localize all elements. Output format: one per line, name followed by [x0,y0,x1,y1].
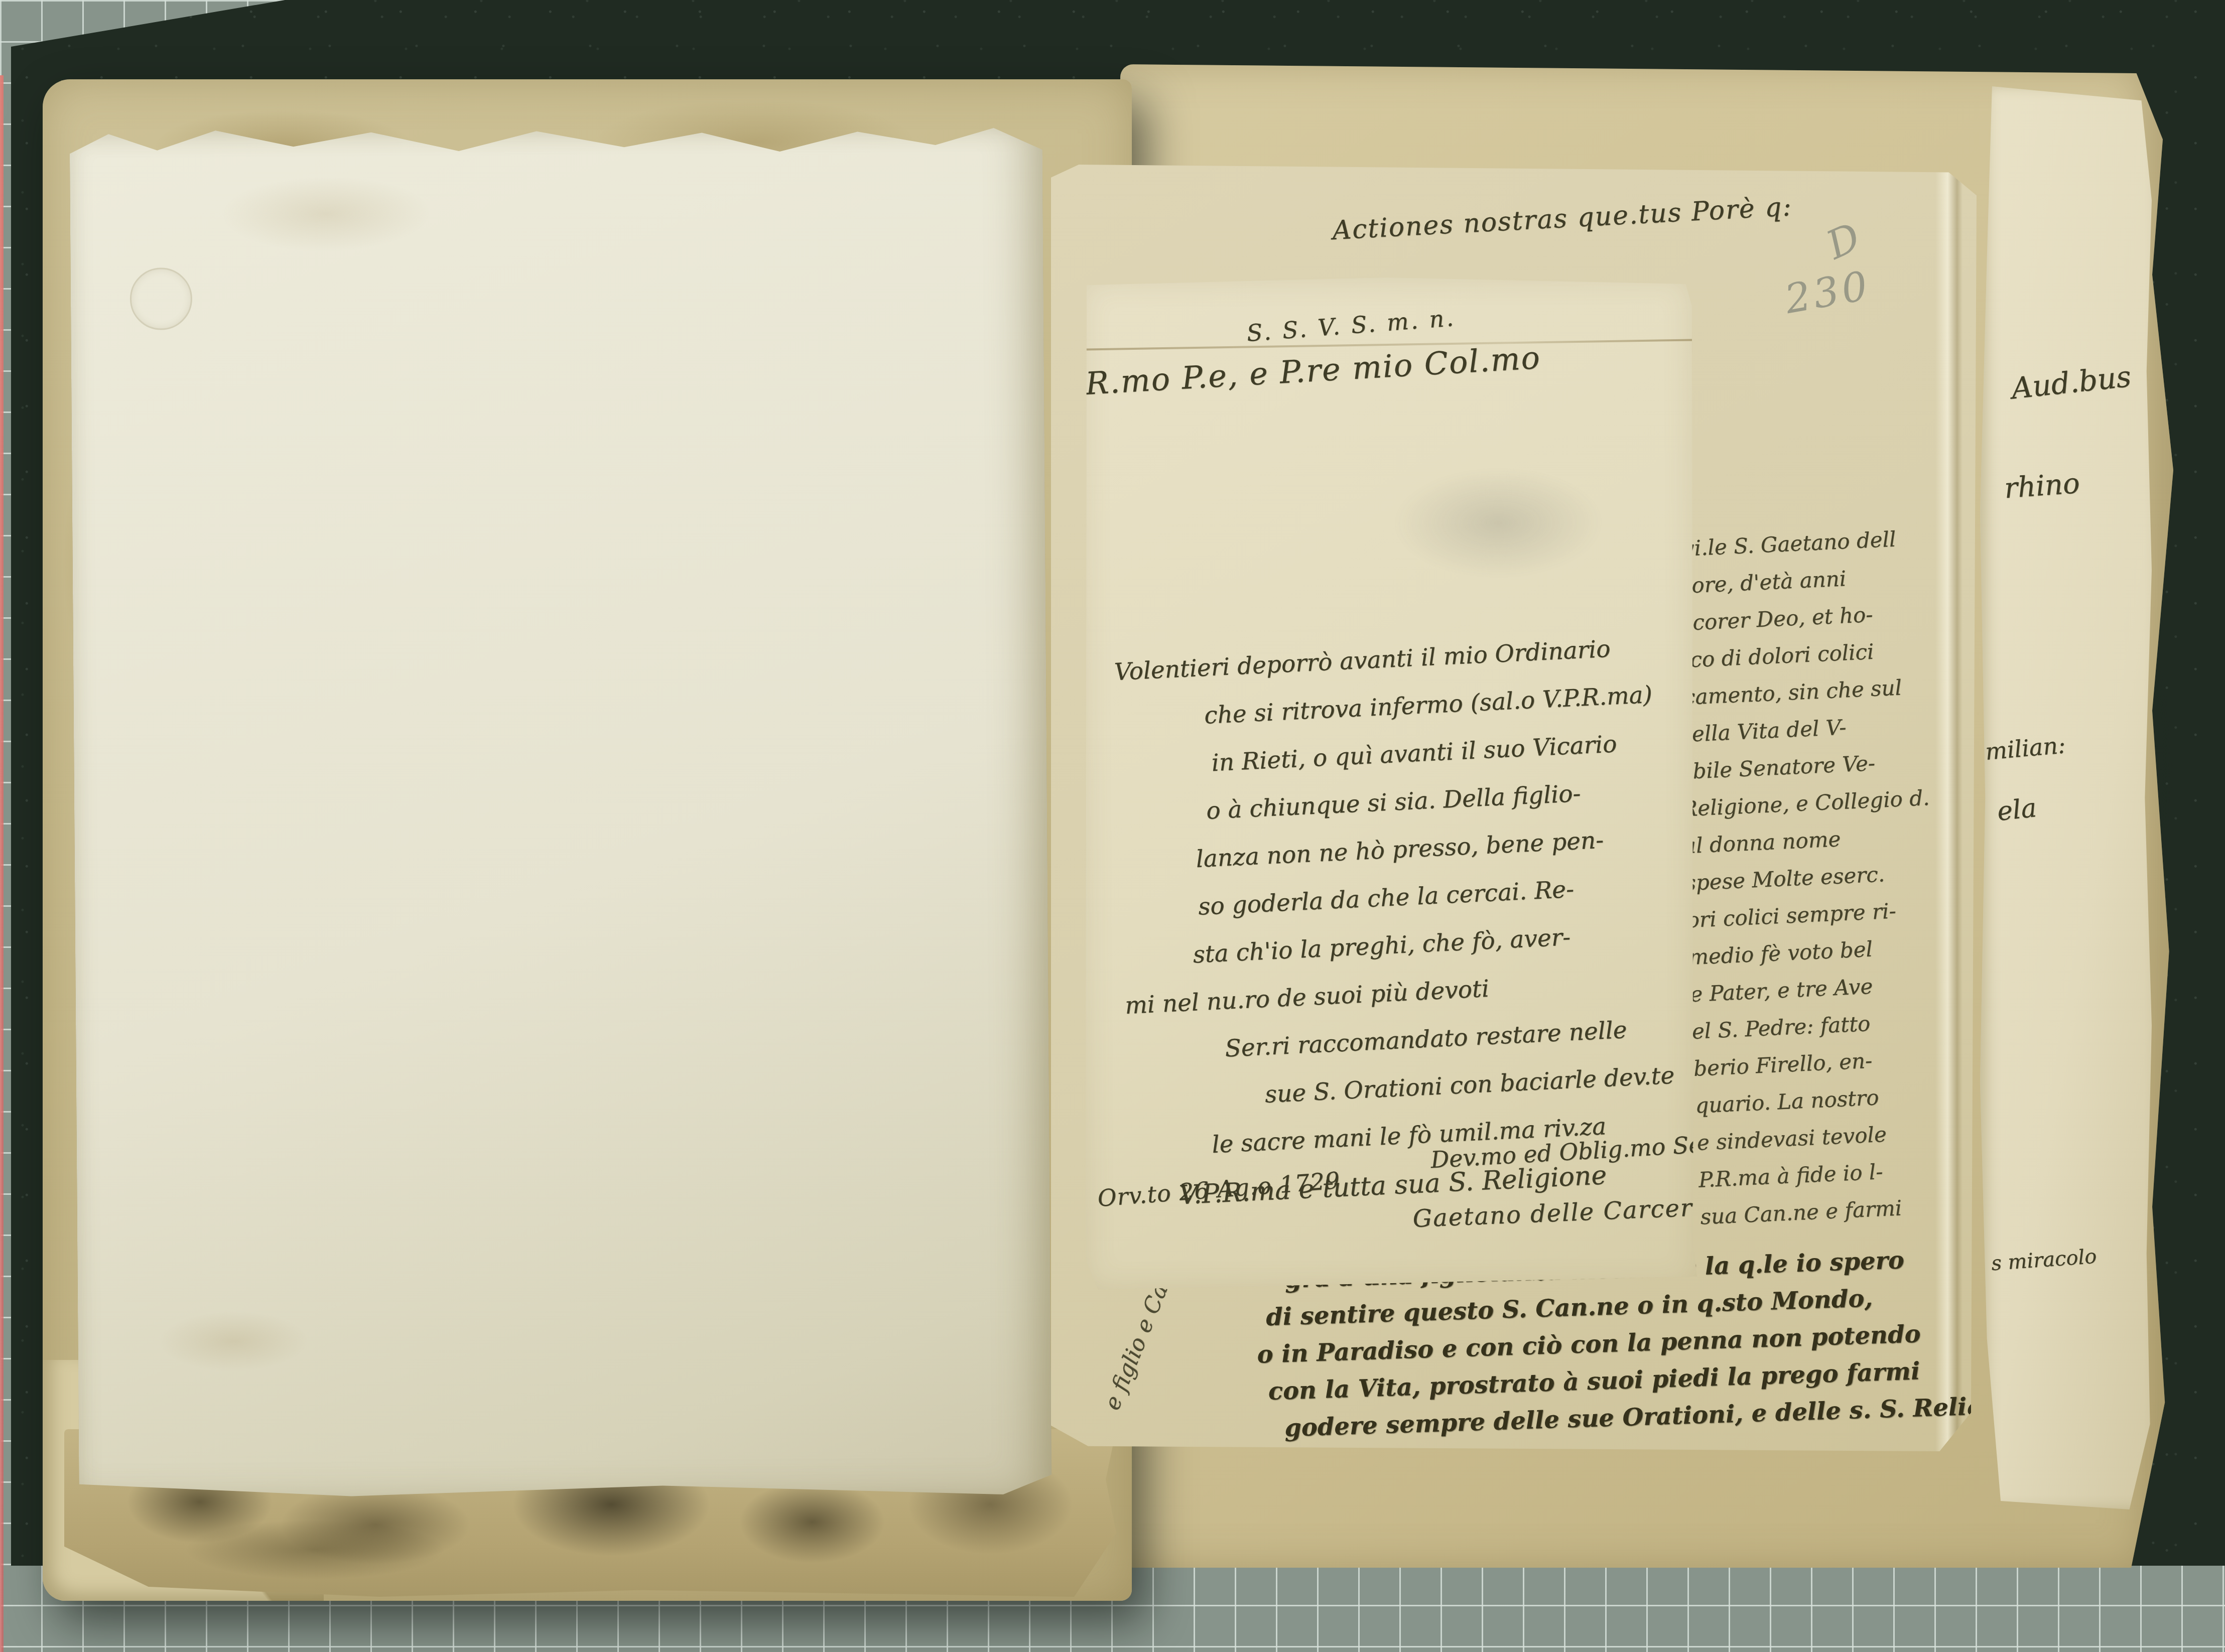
edge-word-rhino: rhino [2003,467,2081,505]
edge-word-milian: milian: [1984,731,2066,765]
right-edge-page: Aud.bus rhino milian: ela s miracolo [1980,86,2152,1509]
edge-word-ela: ela [1996,793,2038,827]
archival-photo-stage: Aud.bus rhino milian: ela s miracolo Act… [0,0,2225,1652]
archival-annotation: Actiones nostras que.tus Porè q: [1332,192,1793,246]
stain [158,1311,309,1372]
emboss-ring [129,267,192,330]
blank-left-page [69,111,1052,1500]
mat-red-edge-line [0,75,4,1652]
edge-word-miracolo: s miracolo [1991,1245,2098,1276]
edge-word-aud: Aud.bus [2010,359,2133,406]
pencil-mark-number: 230 [1781,262,1874,323]
stain [185,1520,446,1580]
letter-header: S. S. V. S. m. n. [1246,304,1457,347]
stain [737,1479,887,1565]
underlying-letter-fragment: evi.le S. Gaetano dell more, d'età anni … [1669,526,1949,1242]
pencil-smudge [1393,467,1604,579]
stain [220,176,432,252]
letter-sheet: S. S. V. S. m. n. R.mo P.e, e P.re mio C… [1081,276,1697,1290]
stain [280,1484,471,1565]
pencil-mark-letter: D [1820,214,1867,268]
